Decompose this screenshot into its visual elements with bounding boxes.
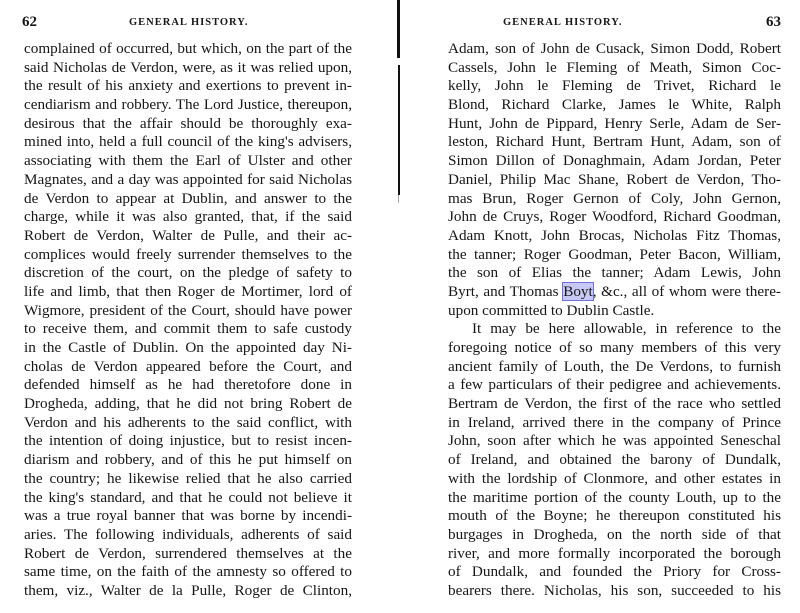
text-line: leston, Richard Hunt, Bertram Hunt, Adam…	[448, 133, 781, 152]
text-line: a few particulars of their pedigree and …	[448, 376, 781, 395]
right-page: GENERAL HISTORY. 63 Adam, son of John de…	[405, 0, 800, 613]
page-header: 62 GENERAL HISTORY.	[22, 12, 352, 32]
page-header: GENERAL HISTORY. 63	[445, 12, 781, 32]
text-line: Hunt, John de Pippard, Henry Serle, Adam…	[448, 115, 781, 134]
text-line: the country; he likewise relied that he …	[24, 470, 352, 489]
gutter-rule	[398, 65, 400, 195]
text-line: to receive them, and commit them to safe…	[24, 320, 352, 339]
text-line: John, soon after which he was appointed …	[448, 432, 781, 451]
text-line: diarism and robbery, and of this he put …	[24, 451, 352, 470]
search-highlight[interactable]: Boyt	[563, 283, 593, 300]
text-line: cholas de Verdon appeared before the Cou…	[24, 358, 352, 377]
text-line: burgages in Drogheda, on the north side …	[448, 526, 781, 545]
text-line: the intention of doing injustice, but to…	[24, 432, 352, 451]
text-line: said Nicholas de Verdon, were, as it was…	[24, 59, 352, 78]
text-line: Robert de Verdon, surrendered themselves…	[24, 545, 352, 564]
text-line: Drogheda, adding, that he did not bring …	[24, 395, 352, 414]
text-line: desirous that the affair should be thoro…	[24, 115, 352, 134]
running-title: GENERAL HISTORY.	[129, 13, 249, 33]
text-line: bearers there. Nicholas, his son, succee…	[448, 582, 781, 601]
text-line: It may be here allowable, in reference t…	[448, 320, 781, 339]
text-line: mouth of the Boyne; he thereupon constit…	[448, 507, 781, 526]
text-line: them, viz., Walter de la Pulle, Roger de…	[24, 582, 352, 601]
left-page: 62 GENERAL HISTORY. complained of occurr…	[0, 0, 390, 613]
text-line: complained of occurred, but which, on th…	[24, 40, 352, 59]
text-line: the tanner; Roger Goodman, Peter Bacon, …	[448, 246, 781, 265]
text-line: mined into, held a full council of the k…	[24, 133, 352, 152]
gutter-rule	[397, 0, 400, 58]
text-line: ancient family of Louth, the De Verdons,…	[448, 358, 781, 377]
text-line: Bertram de Verdon, the first of the race…	[448, 395, 781, 414]
text-line: the result of his anxiety and exertions …	[24, 77, 352, 96]
page-body-text: complained of occurred, but which, on th…	[24, 40, 352, 601]
page-body-text: Adam, son of John de Cusack, Simon Dodd,…	[448, 40, 781, 601]
running-title: GENERAL HISTORY.	[503, 13, 623, 33]
text-line: Simon Dillon of Donaghmain, Adam Jordan,…	[448, 152, 781, 171]
text-line: Verdon and his adherents to the said con…	[24, 414, 352, 433]
text-line: mas Brun, Roger Gernon of Coly, John Ger…	[448, 190, 781, 209]
text-line: the maritime portion of the county Louth…	[448, 489, 781, 508]
text-line: John de Cruys, Roger Woodford, Richard G…	[448, 208, 781, 227]
text-line: Wigmore, president of the Court, should …	[24, 302, 352, 321]
text-line: de Verdon to appear at Dublin, and answe…	[24, 190, 352, 209]
text-line: same time, on the faith of the amnesty s…	[24, 563, 352, 582]
text-line: Daniel, Philip Mac Shane, Robert de Verd…	[448, 171, 781, 190]
page-number: 62	[22, 12, 37, 32]
text-line: charge, while it was also granted, that,…	[24, 208, 352, 227]
text-line: of Dundalk, and founded the Priory for C…	[448, 563, 781, 582]
text-line: complices would freely surrender themsel…	[24, 246, 352, 265]
text-line: kelly, John le Fleming de Trivet, Richar…	[448, 77, 781, 96]
text-line: aries. The following individuals, adhere…	[24, 526, 352, 545]
text-line: cendiarism and robbery. The Lord Justice…	[24, 96, 352, 115]
text-segment: Byrt, and Thomas	[448, 283, 563, 300]
text-line: of Ireland, and obtained the barony of D…	[448, 451, 781, 470]
text-line: Adam Knott, John Brocas, Nicholas Fitz T…	[448, 227, 781, 246]
text-line: Blond, Richard Clarke, James le White, R…	[448, 96, 781, 115]
text-line: Cassels, John le Fleming of Meath, Simon…	[448, 59, 781, 78]
text-line: discretion of the court, on the pledge o…	[24, 264, 352, 283]
text-line: in the Castle of Dublin. On the appointe…	[24, 339, 352, 358]
text-line: foregoing notice of so many members of t…	[448, 339, 781, 358]
text-line: Robert de Verdon, Walter de Pulle, and t…	[24, 227, 352, 246]
gutter-rule	[398, 195, 399, 203]
page-number: 63	[766, 12, 781, 32]
text-line: Magnates, and a day was appointed for sa…	[24, 171, 352, 190]
text-line: was a true royal banner that was borne b…	[24, 507, 352, 526]
text-line: life and limb, that then Roger de Mortim…	[24, 283, 352, 302]
text-line: with the lordship of Clonmore, and other…	[448, 470, 781, 489]
text-line: the son of Elias the tanner; Adam Lewis,…	[448, 264, 781, 283]
text-line: the king's standard, and that he could n…	[24, 489, 352, 508]
text-line: in Ireland, arrived there in the company…	[448, 414, 781, 433]
text-line: associating with them the Earl of Ulster…	[24, 152, 352, 171]
text-line: river, and more formally incorporated th…	[448, 545, 781, 564]
text-line: defended himself as he had theretofore d…	[24, 376, 352, 395]
text-segment: , &c., all of whom were there-	[593, 283, 781, 300]
text-line-with-highlight: Byrt, and Thomas Boyt, &c., all of whom …	[448, 283, 781, 302]
text-line: Adam, son of John de Cusack, Simon Dodd,…	[448, 40, 781, 59]
text-line: upon committed to Dublin Castle.	[448, 302, 781, 321]
